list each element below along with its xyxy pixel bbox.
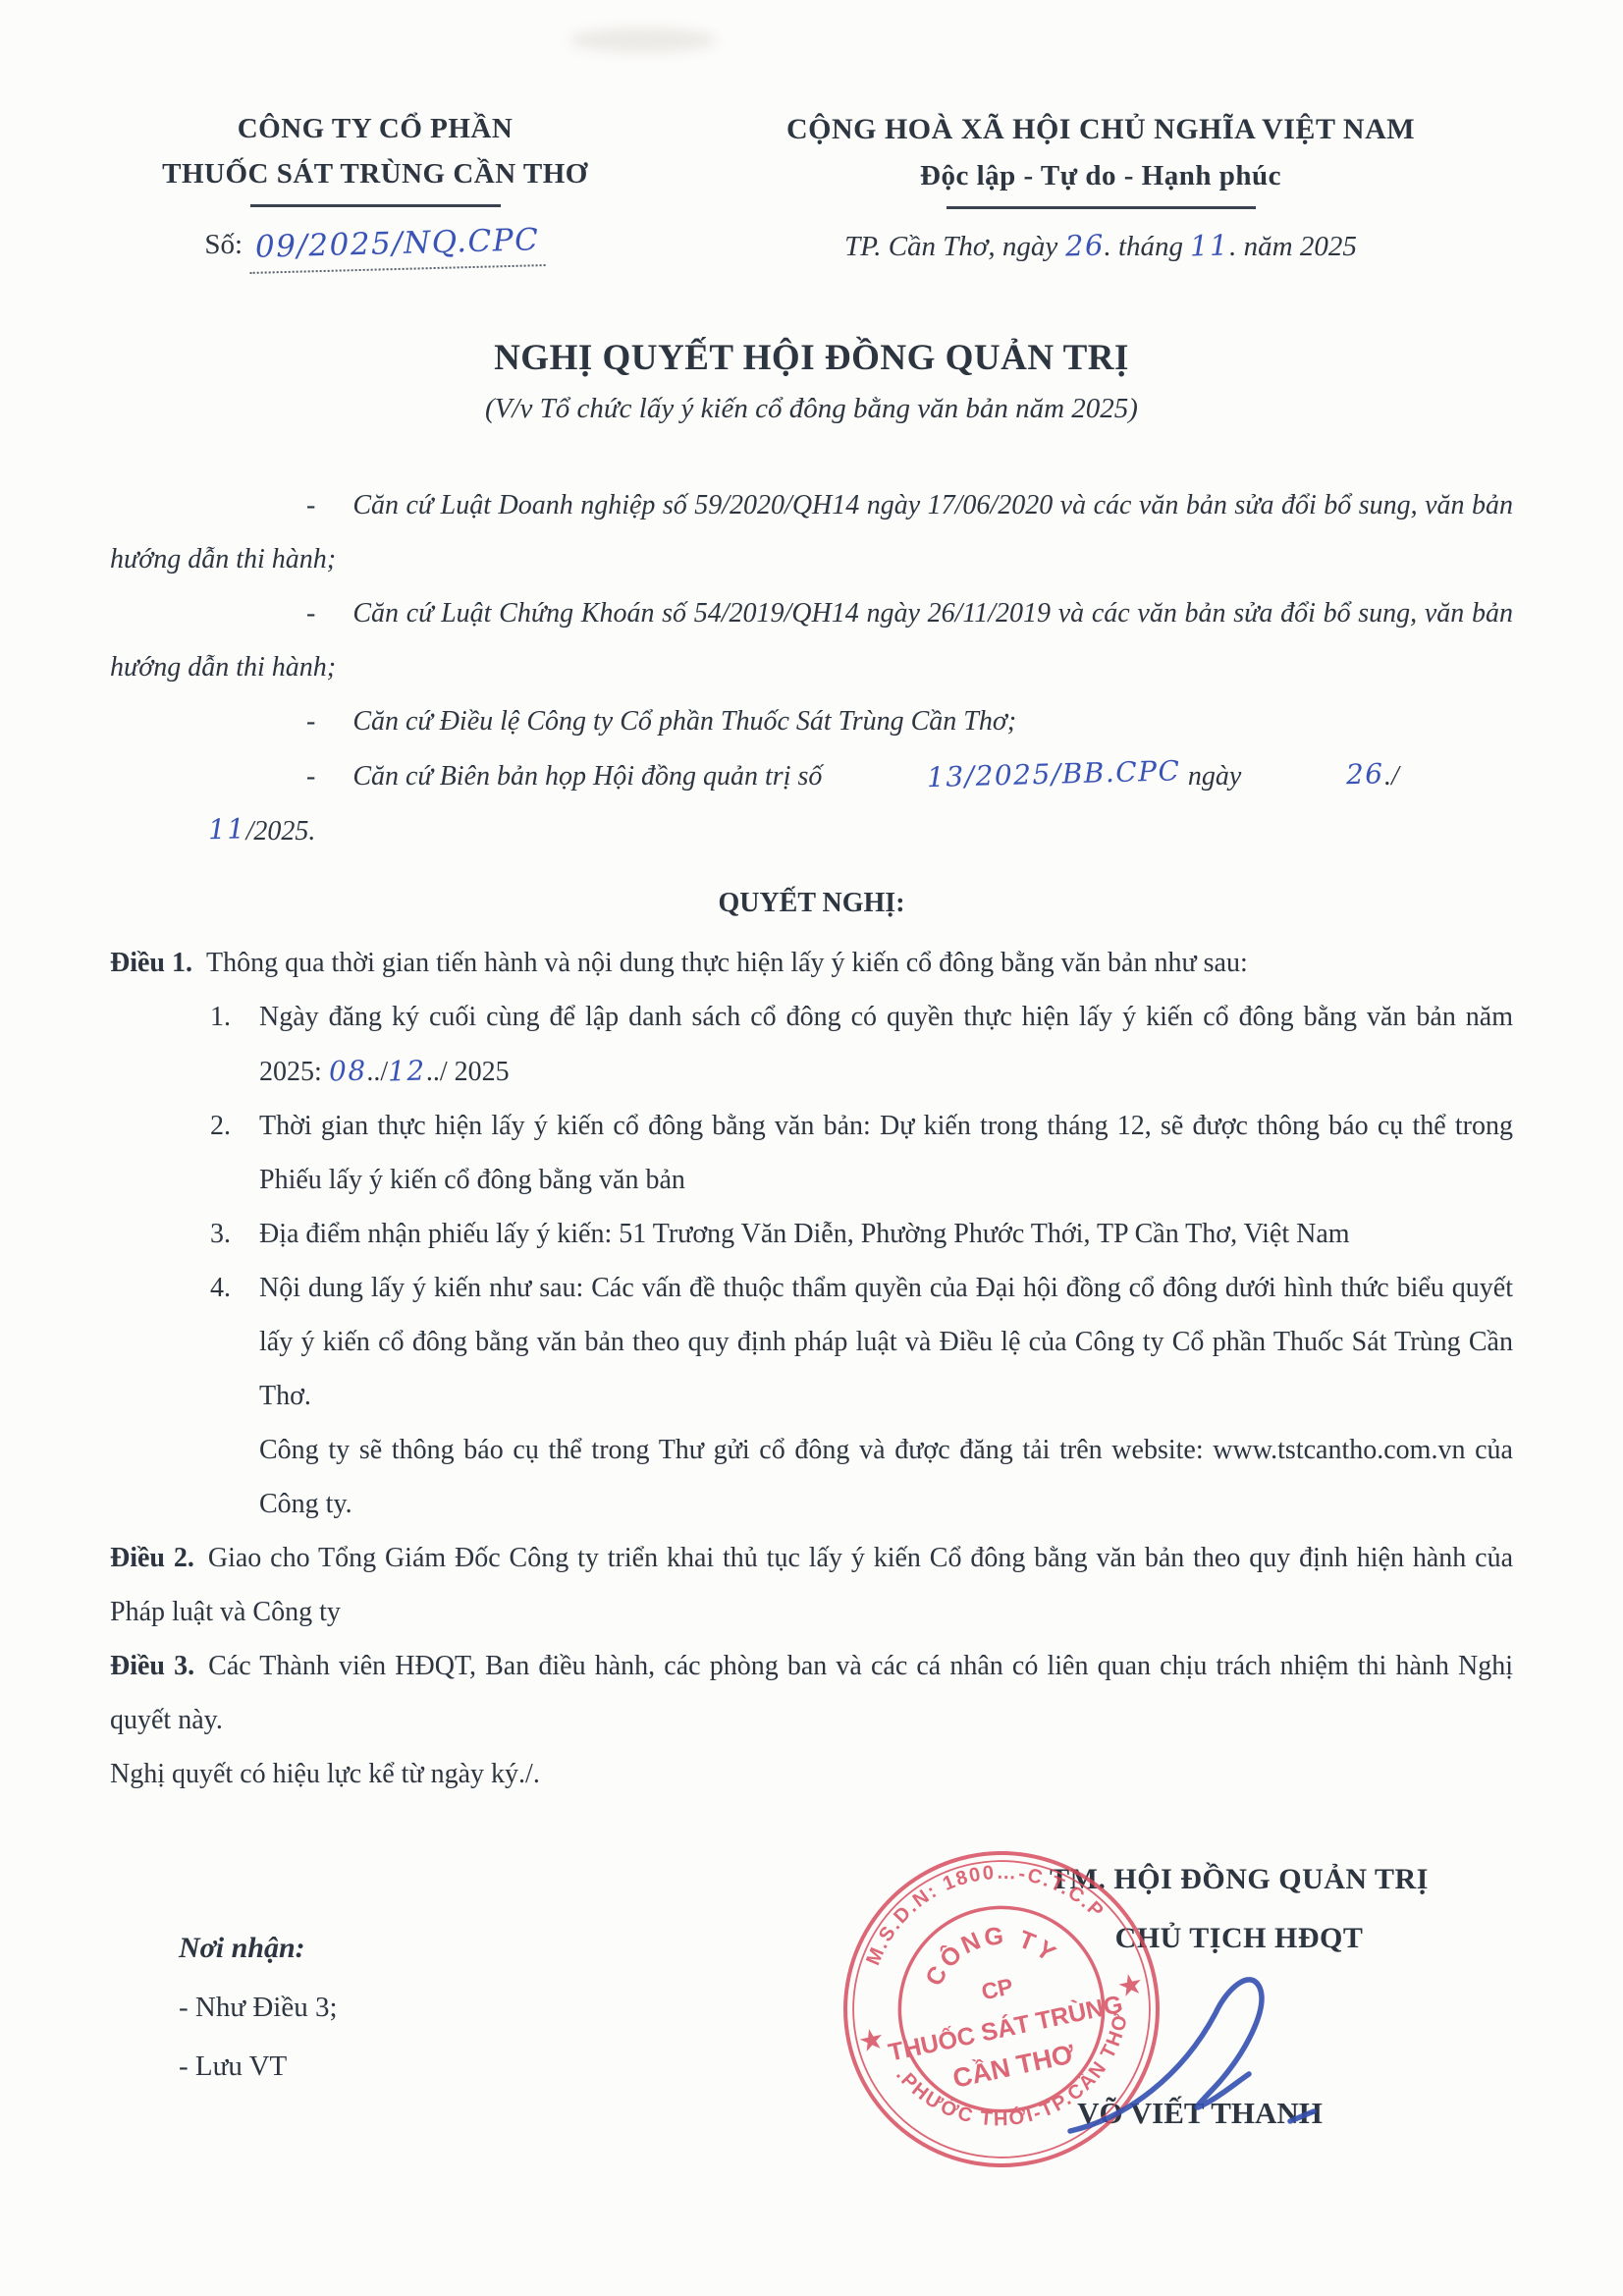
article-1-text: Thông qua thời gian tiến hành và nội dun… — [206, 948, 1248, 978]
article-3-text: Các Thành viên HĐQT, Ban điều hành, các … — [110, 1651, 1513, 1735]
article-1-label: Điều 1. — [110, 948, 192, 978]
motto-underline — [947, 206, 1256, 209]
company-block: CÔNG TY CỔ PHẦN THUỐC SÁT TRÙNG CẦN THƠ … — [110, 106, 640, 270]
item-3-text: Địa điểm nhận phiếu lấy ý kiến: 51 Trươn… — [259, 1219, 1350, 1249]
list-item-3: 3. Địa điểm nhận phiếu lấy ý kiến: 51 Tr… — [259, 1207, 1513, 1261]
recital-dash: - — [208, 749, 315, 803]
recipients-item-1: - Như Điều 3; — [179, 1978, 338, 2037]
company-underline — [250, 204, 501, 207]
recipients-item-2: - Lưu VT — [179, 2037, 338, 2096]
item-4-text: Nội dung lấy ý kiến như sau: Các vấn đề … — [259, 1273, 1513, 1411]
list-item-1: 1. Ngày đăng ký cuối cùng để lập danh sá… — [259, 990, 1513, 1099]
item-1-number: 1. — [210, 990, 231, 1044]
resolution-heading: QUYẾT NGHỊ: — [110, 876, 1513, 930]
record-month-handwritten: 12 — [387, 1044, 426, 1099]
scanned-document-page: CÔNG TY CỔ PHẦN THUỐC SÁT TRÙNG CẦN THƠ … — [0, 0, 1623, 2296]
item-1-sep1: ../ — [366, 1057, 388, 1087]
meeting-minutes-number-handwritten: 13/2025/BB.CPC — [829, 743, 1182, 806]
recital-2-text: Căn cứ Luật Chứng Khoán số 54/2019/QH14 … — [110, 598, 1513, 683]
scan-smudge — [569, 27, 717, 53]
national-line1: CỘNG HOÀ XÃ HỘI CHỦ NGHĨA VIỆT NAM — [688, 106, 1513, 153]
stamp-cp-text: CP — [979, 1973, 1015, 2004]
stamp-star-left-icon: ★ — [857, 2023, 887, 2056]
recital-dash: - — [208, 694, 315, 748]
recital-1: -Căn cứ Luật Doanh nghiệp số 59/2020/QH1… — [110, 478, 1513, 586]
document-header: CÔNG TY CỔ PHẦN THUỐC SÁT TRÙNG CẦN THƠ … — [110, 106, 1513, 270]
date-prefix: TP. Cần Thơ, ngày — [844, 231, 1057, 262]
record-day-handwritten: 08 — [328, 1044, 367, 1099]
item-2-text: Thời gian thực hiện lấy ý kiến cổ đông b… — [259, 1111, 1513, 1195]
company-name-line1: CÔNG TY CỔ PHẦN — [110, 106, 640, 151]
list-item-4-continuation: Công ty sẽ thông báo cụ thể trong Thư gử… — [259, 1423, 1513, 1531]
article-2-text: Giao cho Tổng Giám Đốc Công ty triển kha… — [110, 1543, 1513, 1627]
date-day-handwritten: 26 — [1064, 222, 1105, 268]
company-name-line2: THUỐC SÁT TRÙNG CẦN THƠ — [110, 151, 640, 196]
recital-2: -Căn cứ Luật Chứng Khoán số 54/2019/QH14… — [110, 586, 1513, 694]
chairman-signature — [1043, 1917, 1347, 2172]
meeting-month-handwritten: 11 — [109, 801, 246, 859]
recipients-label: Nơi nhận: — [179, 1919, 338, 1978]
recital-3: -Căn cứ Điều lệ Công ty Cổ phần Thuốc Sá… — [110, 694, 1513, 748]
document-number-line: Số: 09/2025/NQ.CPC — [110, 221, 640, 270]
meeting-day-handwritten: 26 — [1248, 746, 1385, 804]
recital-4-prefix: Căn cứ Biên bản họp Hội đồng quản trị số — [352, 761, 822, 792]
recital-1-text: Căn cứ Luật Doanh nghiệp số 59/2020/QH14… — [110, 490, 1513, 574]
article-3: Điều 3.Các Thành viên HĐQT, Ban điều hàn… — [110, 1639, 1513, 1747]
recital-4-suffix: /2025. — [246, 816, 316, 847]
document-number-handwritten: 09/2025/NQ.CPC — [249, 217, 547, 274]
item-1-text: Ngày đăng ký cuối cùng để lập danh sách … — [259, 1002, 1513, 1087]
recipients-block: Nơi nhận: - Như Điều 3; - Lưu VT — [179, 1919, 338, 2096]
national-line2: Độc lập - Tự do - Hạnh phúc — [688, 153, 1513, 198]
recital-3-text: Căn cứ Điều lệ Công ty Cổ phần Thuốc Sát… — [352, 706, 1016, 737]
place-date-line: TP. Cần Thơ, ngày 26. tháng 11. năm 2025 — [688, 223, 1513, 269]
document-footer: Nơi nhận: - Như Điều 3; - Lưu VT TM. HỘI… — [110, 1838, 1513, 2296]
item-3-number: 3. — [210, 1207, 231, 1261]
article-2-label: Điều 2. — [110, 1543, 194, 1573]
title-block: NGHỊ QUYẾT HỘI ĐỒNG QUẢN TRỊ (V/v Tổ chứ… — [110, 333, 1513, 433]
item-4-number: 4. — [210, 1261, 231, 1315]
recital-4-sep: ./ — [1384, 761, 1399, 792]
recital-4-mid: ngày — [1188, 761, 1241, 792]
date-dot2: . — [1229, 231, 1236, 262]
date-month-handwritten: 11 — [1190, 222, 1230, 268]
date-dot1: . — [1104, 231, 1110, 262]
item-1-year: 2025 — [455, 1057, 510, 1087]
recital-dash: - — [208, 586, 315, 640]
item-1-sep2: ../ — [426, 1057, 448, 1087]
article-1: Điều 1.Thông qua thời gian tiến hành và … — [110, 936, 1513, 990]
signature-graphic — [1043, 1917, 1347, 2172]
national-motto-block: CỘNG HOÀ XÃ HỘI CHỦ NGHĨA VIỆT NAM Độc l… — [688, 106, 1513, 269]
closing-line: Nghị quyết có hiệu lực kể từ ngày ký./. — [110, 1747, 1513, 1801]
date-month-label: tháng — [1118, 231, 1183, 262]
date-year: năm 2025 — [1244, 231, 1357, 262]
document-title: NGHỊ QUYẾT HỘI ĐỒNG QUẢN TRỊ — [110, 333, 1513, 384]
recital-4: -Căn cứ Biên bản họp Hội đồng quản trị s… — [110, 748, 1513, 858]
list-item-4: 4. Nội dung lấy ý kiến như sau: Các vấn … — [259, 1261, 1513, 1423]
article-2: Điều 2.Giao cho Tổng Giám Đốc Công ty tr… — [110, 1531, 1513, 1639]
item-2-number: 2. — [210, 1099, 231, 1153]
document-body: -Căn cứ Luật Doanh nghiệp số 59/2020/QH1… — [110, 478, 1513, 1801]
article-3-label: Điều 3. — [110, 1651, 194, 1681]
list-item-2: 2. Thời gian thực hiện lấy ý kiến cổ đôn… — [259, 1099, 1513, 1207]
document-subtitle: (V/v Tổ chức lấy ý kiến cổ đông bằng văn… — [110, 384, 1513, 433]
recital-dash: - — [208, 478, 315, 532]
document-number-label: Số: — [204, 229, 243, 260]
